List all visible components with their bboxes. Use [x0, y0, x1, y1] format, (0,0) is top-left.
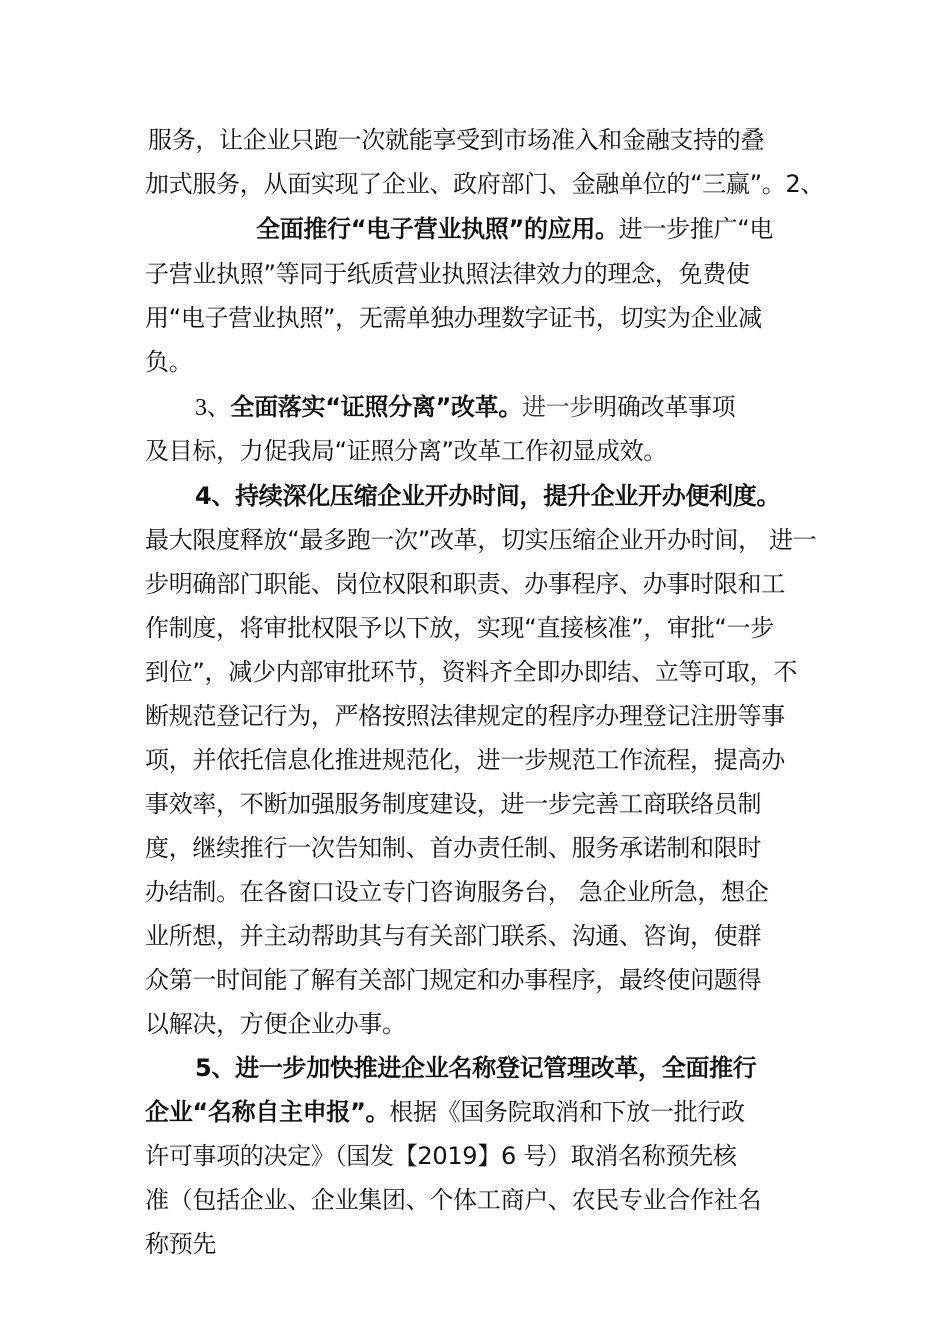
body-text: 以解决，方便企业办事。 [145, 1010, 406, 1038]
body-text: 项，并依托信息化推进规范化，进一步规范工作流程，提高办 [145, 746, 785, 774]
body-text: 步明确部门职能、岗位权限和职责、办事程序、办事时限和工 [145, 570, 785, 598]
text-line-6: 负。 [145, 340, 192, 384]
body-text: 加式服务，从面实现了企业、政府部门、金融单位的“三赢”。2、 [145, 170, 824, 198]
body-text: 用“电子营业执照”，无需单独办理数字证书，切实为企业减 [145, 304, 762, 332]
text-line-24: 许可事项的决定》（国发【2019】6 号）取消名称预先核 [145, 1134, 737, 1178]
text-line-11: 步明确部门职能、岗位权限和职责、办事程序、办事时限和工 [145, 562, 785, 606]
body-text: 根据《国务院取消和下放一批行政 [389, 1098, 745, 1126]
body-text: 服务，让企业只跑一次就能享受到市场准入和金融支持的叠 [148, 126, 764, 154]
text-line-8: 及目标，力促我局“证照分离”改革工作初显成效。 [145, 429, 667, 473]
text-line-25: 准（包括企业、企业集团、个体工商户、农民专业合作社名 [145, 1178, 761, 1222]
text-line-21: 以解决，方便企业办事。 [145, 1002, 406, 1046]
text-line-18: 办结制。在各窗口设立专门咨询服务台， 急企业所急，想企 [145, 870, 769, 914]
text-line-13: 到位”，减少内部审批环节，资料齐全即办即结、立等可取，不 [145, 650, 797, 694]
text-line-9: 4、持续深化压缩企业开办时间，提升企业开办便利度。 [195, 474, 780, 518]
body-text: 办结制。在各窗口设立专门咨询服务台， 急企业所急，想企 [145, 878, 769, 906]
text-line-17: 度，继续推行一次告知制、首办责任制、服务承诺制和限时 [145, 826, 761, 870]
text-line-7: 3、全面落实“证照分离”改革。进一步明确改革事项 [195, 385, 735, 429]
section-heading-5-cont: 企业“名称自主申报”。 [145, 1098, 389, 1126]
body-text: 子营业执照”等同于纸质营业执照法律效力的理念，免费使 [145, 260, 750, 288]
body-text: 众第一时间能了解有关部门规定和办事程序，最终使问题得 [145, 966, 761, 994]
section-heading-4: 4、持续深化压缩企业开办时间，提升企业开办便利度。 [195, 482, 780, 510]
text-line-16: 事效率，不断加强服务制度建设，进一步完善工商联络员制 [145, 782, 761, 826]
text-line-22: 5、进一步加快推进企业名称登记管理改革，全面推行 [195, 1046, 757, 1090]
text-line-23: 企业“名称自主申报”。根据《国务院取消和下放一批行政 [145, 1090, 745, 1134]
text-line-1: 服务，让企业只跑一次就能享受到市场准入和金融支持的叠 [148, 118, 764, 162]
body-text: 准（包括企业、企业集团、个体工商户、农民专业合作社名 [145, 1186, 761, 1214]
body-text-serif: 进一步 [522, 395, 593, 421]
body-text: 明确改革事项 [593, 393, 735, 421]
text-line-5: 用“电子营业执照”，无需单独办理数字证书，切实为企业减 [145, 296, 762, 340]
text-line-2: 加式服务，从面实现了企业、政府部门、金融单位的“三赢”。2、 [145, 162, 824, 206]
text-line-15: 项，并依托信息化推进规范化，进一步规范工作流程，提高办 [145, 738, 785, 782]
body-text: 称预先 [145, 1230, 216, 1258]
text-line-10: 最大限度释放“最多跑一次”改革，切实压缩企业开办时间， 进一 [145, 518, 817, 562]
body-text: 负。 [145, 348, 192, 376]
body-text: 断规范登记行为，严格按照法律规定的程序办理登记注册等事 [145, 702, 785, 730]
text-line-12: 作制度，将审批权限予以下放，实现“直接核准”，审批“一步 [145, 606, 774, 650]
body-text: 事效率，不断加强服务制度建设，进一步完善工商联络员制 [145, 790, 761, 818]
text-line-19: 业所想，并主动帮助其与有关部门联系、沟通、咨询，使群 [145, 914, 761, 958]
body-text: 业所想，并主动帮助其与有关部门联系、沟通、咨询，使群 [145, 922, 761, 950]
body-text: 度，继续推行一次告知制、首办责任制、服务承诺制和限时 [145, 834, 761, 862]
body-text: 及目标，力促我局“证照分离”改革工作初显成效。 [145, 437, 667, 465]
text-line-26: 称预先 [145, 1222, 216, 1266]
body-text: 作制度，将审批权限予以下放，实现“直接核准”，审批“一步 [145, 614, 774, 642]
body-text: 到位”，减少内部审批环节，资料齐全即办即结、立等可取，不 [145, 658, 797, 686]
body-text: 最大限度释放“最多跑一次”改革，切实压缩企业开办时间， 进一 [145, 526, 817, 554]
body-text: 许可事项的决定》（国发【2019】6 号）取消名称预先核 [145, 1142, 737, 1170]
text-line-20: 众第一时间能了解有关部门规定和办事程序，最终使问题得 [145, 958, 761, 1002]
body-text: 进一步推广“电 [619, 215, 773, 243]
section-heading-5: 5、进一步加快推进企业名称登记管理改革，全面推行 [195, 1054, 757, 1082]
text-line-4: 子营业执照”等同于纸质营业执照法律效力的理念，免费使 [145, 252, 750, 296]
section-heading-2: 全面推行“电子营业执照”的应用。 [256, 215, 619, 243]
text-line-3: 全面推行“电子营业执照”的应用。进一步推广“电 [256, 207, 773, 251]
section-heading-3: 全面落实“证照分离”改革。 [230, 393, 522, 421]
section-number: 3、 [195, 395, 230, 421]
document-page: 服务，让企业只跑一次就能享受到市场准入和金融支持的叠 加式服务，从面实现了企业、… [0, 0, 950, 1344]
text-line-14: 断规范登记行为，严格按照法律规定的程序办理登记注册等事 [145, 694, 785, 738]
